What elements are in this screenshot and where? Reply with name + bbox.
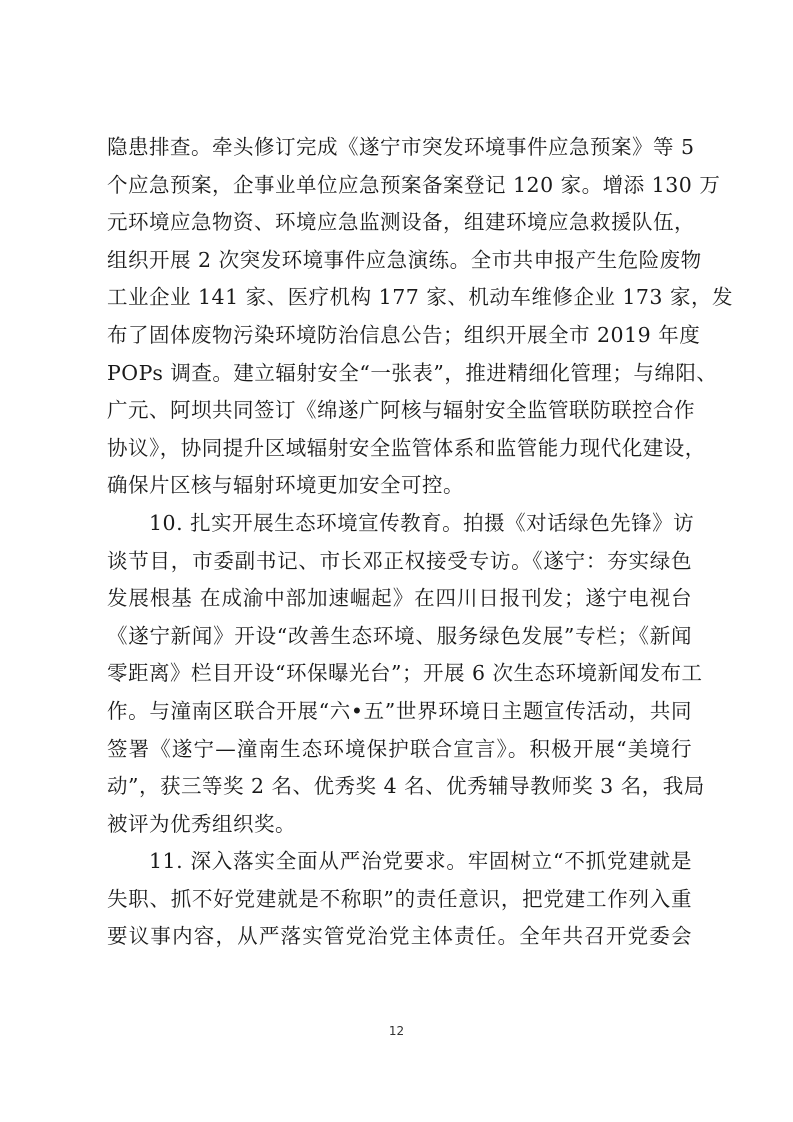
text-line: 作。与潼南区联合开展“六•五”世界环境日主题宣传活动，共同 <box>107 693 692 731</box>
text-line: 工业企业 141 家、医疗机构 177 家、机动车维修企业 173 家，发 <box>107 279 692 317</box>
text-line: 隐患排查。牵头修订完成《遂宁市突发环境事件应急预案》等 5 <box>107 129 692 167</box>
section-heading-line: 11. 深入落实全面从严治党要求。牢固树立“不抓党建就是 <box>107 843 692 881</box>
text-line: 布了固体废物污染环境防治信息公告；组织开展全市 2019 年度 <box>107 317 692 355</box>
text-line: 广元、阿坝共同签订《绵遂广阿核与辐射安全监管联防联控合作 <box>107 392 692 430</box>
text-line: 被评为优秀组织奖。 <box>107 806 692 844</box>
text-line: 谈节目，市委副书记、市长邓正权接受专访。《遂宁：夯实绿色 <box>107 543 692 581</box>
text-line: 组织开展 2 次突发环境事件应急演练。全市共申报产生危险废物 <box>107 242 692 280</box>
text-line: 元环境应急物资、环境应急监测设备，组建环境应急救援队伍， <box>107 204 692 242</box>
text-line: 发展根基 在成渝中部加速崛起》在四川日报刊发；遂宁电视台 <box>107 580 692 618</box>
text-line: 确保片区核与辐射环境更加安全可控。 <box>107 467 692 505</box>
text-line: 个应急预案，企事业单位应急预案备案登记 120 家。增添 130 万 <box>107 167 692 205</box>
document-page: 隐患排查。牵头修订完成《遂宁市突发环境事件应急预案》等 5 个应急预案，企事业单… <box>0 0 793 1122</box>
text-line: 签署《遂宁—潼南生态环境保护联合宣言》。积极开展“美境行 <box>107 731 692 769</box>
page-number: 12 <box>0 1024 793 1038</box>
text-line: 协议》，协同提升区域辐射安全监管体系和监管能力现代化建设， <box>107 430 692 468</box>
text-line: POPs 调查。建立辐射安全“一张表”，推进精细化管理；与绵阳、 <box>107 355 692 393</box>
section-heading-line: 10. 扎实开展生态环境宣传教育。拍摄《对话绿色先锋》访 <box>107 505 692 543</box>
text-line: 《遂宁新闻》开设“改善生态环境、服务绿色发展”专栏；《新闻 <box>107 618 692 656</box>
text-line: 零距离》栏目开设“环保曝光台”；开展 6 次生态环境新闻发布工 <box>107 655 692 693</box>
text-line: 要议事内容，从严落实管党治党主体责任。全年共召开党委会 <box>107 918 692 956</box>
text-line: 动”，获三等奖 2 名、优秀奖 4 名、优秀辅导教师奖 3 名，我局 <box>107 768 692 806</box>
text-line: 失职、抓不好党建就是不称职”的责任意识，把党建工作列入重 <box>107 881 692 919</box>
body-text: 隐患排查。牵头修订完成《遂宁市突发环境事件应急预案》等 5 个应急预案，企事业单… <box>107 129 692 956</box>
